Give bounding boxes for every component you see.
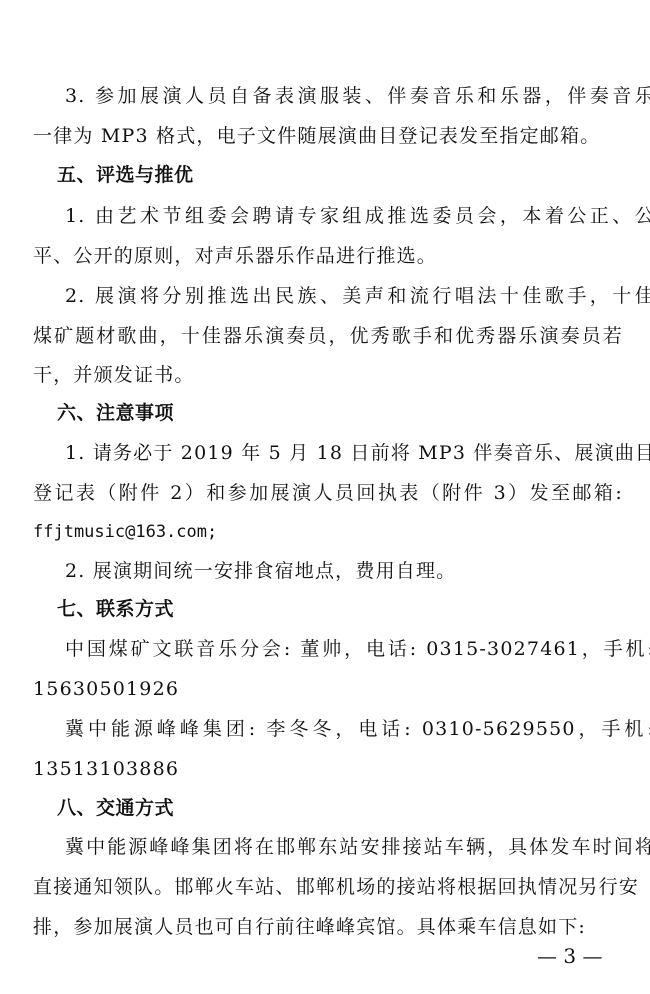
section-heading: 八、交通方式	[57, 797, 647, 819]
paragraph-line: 平、公开的原则，对声乐器乐作品进行推选。	[33, 245, 623, 267]
paragraph-line: 1. 请务必于 2019 年 5 月 18 日前将 MP3 伴奏音乐、展演曲目	[65, 442, 650, 464]
page-number: — 3 —	[537, 944, 602, 968]
paragraph-line: 排，参加展演人员也可自行前往峰峰宾馆。具体乘车信息如下:	[33, 916, 623, 938]
phone-number: 13513103886	[33, 758, 623, 780]
contact-line: 冀中能源峰峰集团: 李冬冬，电话: 0310-5629550，手机:	[65, 718, 650, 740]
paragraph-line: 煤矿题材歌曲，十佳器乐演奏员，优秀歌手和优秀器乐演奏员若	[33, 325, 623, 347]
email-address: ffjtmusic@163.com;	[33, 521, 623, 543]
section-heading: 五、评选与推优	[57, 164, 647, 186]
section-heading: 六、注意事项	[57, 402, 647, 424]
paragraph-line: 1. 由艺术节组委会聘请专家组成推选委员会，本着公正、公	[65, 205, 650, 227]
paragraph-line: 登记表（附件 2）和参加展演人员回执表（附件 3）发至邮箱:	[33, 482, 623, 504]
paragraph-line: 直接通知领队。邯郸火车站、邯郸机场的接站将根据回执情况另行安	[33, 876, 623, 898]
paragraph-line: 2. 展演期间统一安排食宿地点，费用自理。	[65, 560, 650, 582]
contact-line: 中国煤矿文联音乐分会: 董帅，电话: 0315-3027461，手机:	[65, 638, 650, 660]
section-heading: 七、联系方式	[57, 598, 647, 620]
phone-number: 15630501926	[33, 678, 623, 700]
paragraph-line: 2. 展演将分别推选出民族、美声和流行唱法十佳歌手，十佳	[65, 285, 650, 307]
paragraph-line: 3. 参加展演人员自备表演服装、伴奏音乐和乐器，伴奏音乐	[65, 85, 650, 107]
paragraph-line: 一律为 MP3 格式，电子文件随展演曲目登记表发至指定邮箱。	[33, 125, 623, 147]
paragraph-line: 冀中能源峰峰集团将在邯郸东站安排接站车辆，具体发车时间将	[65, 836, 650, 858]
paragraph-line: 干，并颁发证书。	[33, 364, 623, 386]
